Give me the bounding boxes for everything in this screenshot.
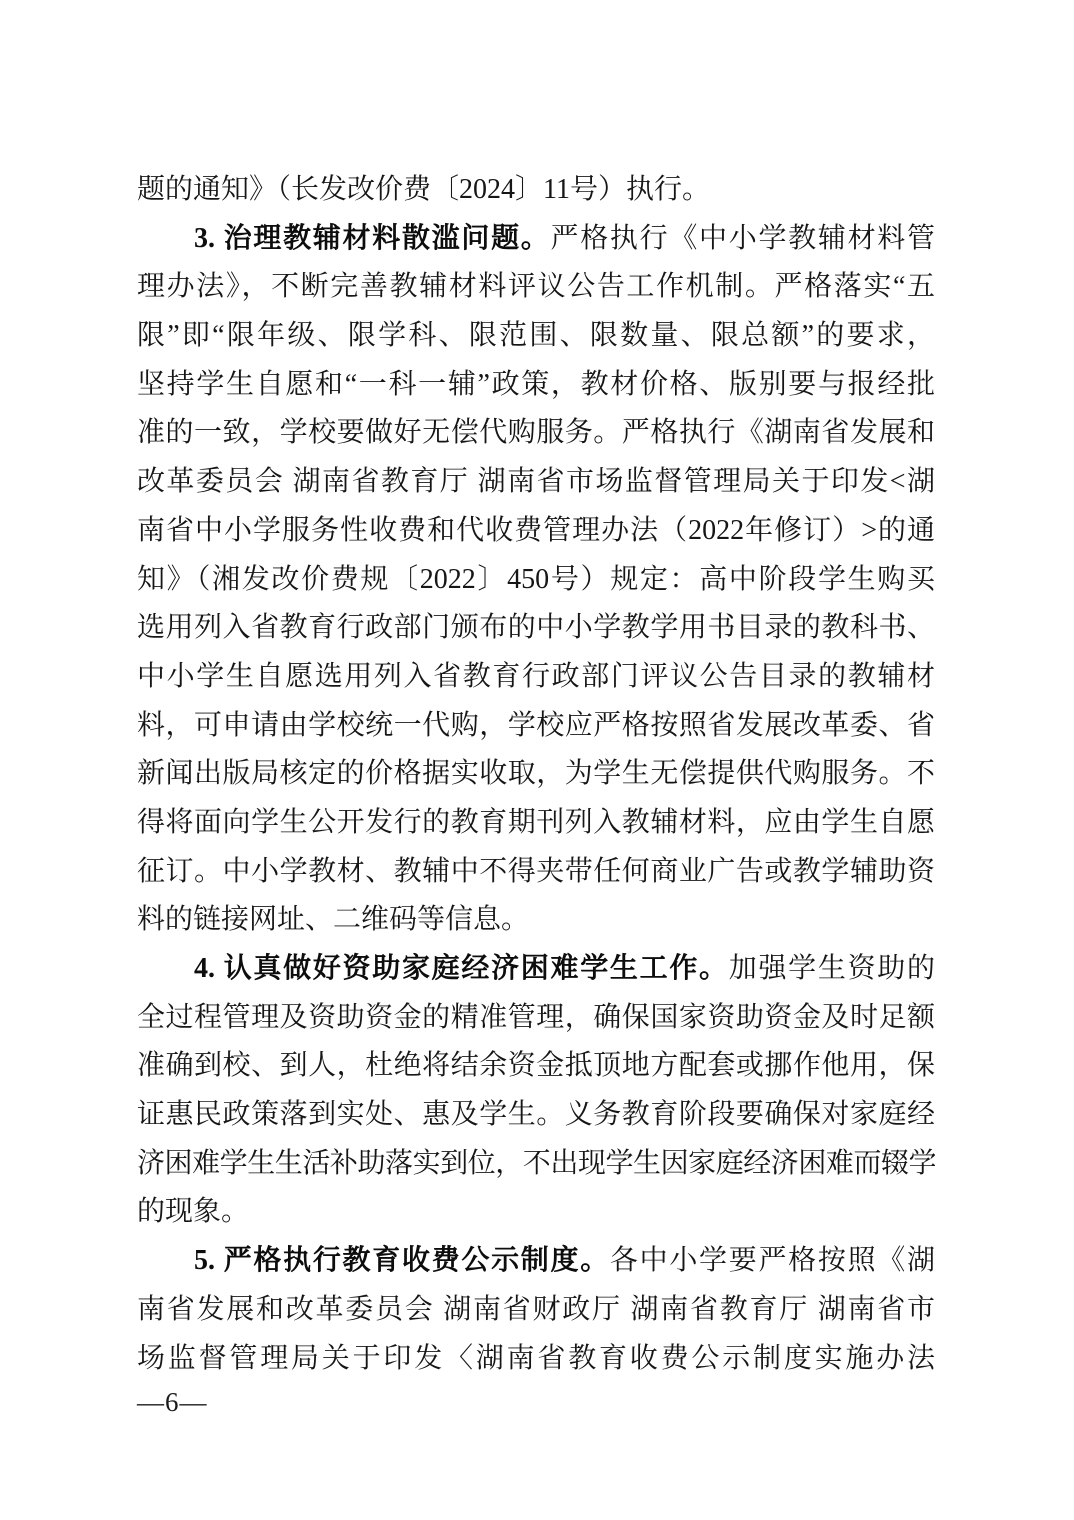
body-text: 证惠民政策落到实处、惠及学生。义务教育阶段要确保对家庭经: [137, 1099, 935, 1130]
body-text: 限”即“限年级、限学科、限范围、限数量、限总额”的要求，: [137, 320, 935, 351]
body-text: 加强学生资助的: [729, 953, 935, 984]
body-text: 新闻出版局核定的价格据实收取，为学生无偿提供代购服务。不: [137, 758, 935, 789]
body-text: 坚持学生自愿和“一科一辅”政策，教材价格、版别要与报经批: [137, 369, 935, 400]
body-text: 的现象。: [137, 1196, 249, 1227]
document-line: 南省发展和改革委员会 湖南省财政厅 湖南省教育厅 湖南省市: [137, 1286, 935, 1335]
body-text: 严格执行《中小学教辅材料管: [551, 223, 936, 254]
body-text: 知》（湘发改价费规〔2022〕450号）规定：高中阶段学生购买: [137, 564, 935, 595]
body-text: 料的链接网址、二维码等信息。: [137, 904, 529, 935]
document-line: 全过程管理及资助资金的精准管理，确保国家资助资金及时足额: [137, 994, 935, 1043]
body-text: 得将面向学生公开发行的教育期刊列入教辅材料，应由学生自愿: [137, 807, 935, 838]
page-number: —6—: [137, 1385, 208, 1419]
heading-text: 5. 严格执行教育收费公示制度。: [194, 1245, 610, 1276]
document-line: 新闻出版局核定的价格据实收取，为学生无偿提供代购服务。不: [137, 750, 935, 799]
document-line: 济困难学生生活补助落实到位，不出现学生因家庭经济困难而辍学: [137, 1140, 935, 1189]
body-text: 征订。中小学教材、教辅中不得夹带任何商业广告或教学辅助资: [137, 856, 935, 887]
document-line: 5. 严格执行教育收费公示制度。各中小学要严格按照《湖: [137, 1237, 935, 1286]
document-line: 南省中小学服务性收费和代收费管理办法（2022年修订）>的通: [137, 507, 935, 556]
document-line: 场监督管理局关于印发〈湖南省教育收费公示制度实施办法: [137, 1335, 935, 1384]
heading-text: 3. 治理教辅材料散滥问题。: [194, 223, 551, 254]
document-line: 4. 认真做好资助家庭经济困难学生工作。加强学生资助的: [137, 945, 935, 994]
body-text: 南省发展和改革委员会 湖南省财政厅 湖南省教育厅 湖南省市: [137, 1294, 935, 1325]
body-text: 中小学生自愿选用列入省教育行政部门评议公告目录的教辅材: [137, 661, 935, 692]
body-text: 料，可申请由学校统一代购，学校应严格按照省发展改革委、省: [137, 710, 935, 741]
body-text: 选用列入省教育行政部门颁布的中小学教学用书目录的教科书、: [137, 612, 935, 643]
document-line: 题的通知》（长发改价费〔2024〕11号）执行。: [137, 166, 935, 215]
document-line: 选用列入省教育行政部门颁布的中小学教学用书目录的教科书、: [137, 604, 935, 653]
document-line: 的现象。: [137, 1188, 935, 1237]
heading-text: 4. 认真做好资助家庭经济困难学生工作。: [194, 953, 729, 984]
document-line: 坚持学生自愿和“一科一辅”政策，教材价格、版别要与报经批: [137, 361, 935, 410]
document-page: 题的通知》（长发改价费〔2024〕11号）执行。3. 治理教辅材料散滥问题。严格…: [0, 0, 1074, 1520]
document-line: 3. 治理教辅材料散滥问题。严格执行《中小学教辅材料管: [137, 215, 935, 264]
document-line: 准的一致，学校要做好无偿代购服务。严格执行《湖南省发展和: [137, 409, 935, 458]
body-text: 场监督管理局关于印发〈湖南省教育收费公示制度实施办法: [137, 1343, 935, 1374]
document-line: 准确到校、到人，杜绝将结余资金抵顶地方配套或挪作他用，保: [137, 1042, 935, 1091]
body-text: 准确到校、到人，杜绝将结余资金抵顶地方配套或挪作他用，保: [137, 1050, 935, 1081]
document-line: 限”即“限年级、限学科、限范围、限数量、限总额”的要求，: [137, 312, 935, 361]
body-text: 济困难学生生活补助落实到位，不出现学生因家庭经济困难而辍学: [137, 1148, 935, 1179]
document-line: 证惠民政策落到实处、惠及学生。义务教育阶段要确保对家庭经: [137, 1091, 935, 1140]
document-line: 征订。中小学教材、教辅中不得夹带任何商业广告或教学辅助资: [137, 848, 935, 897]
body-text: 准的一致，学校要做好无偿代购服务。严格执行《湖南省发展和: [137, 417, 935, 448]
document-line: 知》（湘发改价费规〔2022〕450号）规定：高中阶段学生购买: [137, 556, 935, 605]
body-text: 改革委员会 湖南省教育厅 湖南省市场监督管理局关于印发<湖: [137, 466, 935, 497]
document-line: 料，可申请由学校统一代购，学校应严格按照省发展改革委、省: [137, 702, 935, 751]
body-text: 全过程管理及资助资金的精准管理，确保国家资助资金及时足额: [137, 1002, 935, 1033]
document-line: 得将面向学生公开发行的教育期刊列入教辅材料，应由学生自愿: [137, 799, 935, 848]
body-text: 南省中小学服务性收费和代收费管理办法（2022年修订）>的通: [137, 515, 935, 546]
document-line: 料的链接网址、二维码等信息。: [137, 896, 935, 945]
document-line: 理办法》，不断完善教辅材料评议公告工作机制。严格落实“五: [137, 263, 935, 312]
body-text: 题的通知》（长发改价费〔2024〕11号）执行。: [137, 174, 710, 205]
body-text: 理办法》，不断完善教辅材料评议公告工作机制。严格落实“五: [137, 271, 935, 302]
body-text: 各中小学要严格按照《湖: [610, 1245, 935, 1276]
document-line: 改革委员会 湖南省教育厅 湖南省市场监督管理局关于印发<湖: [137, 458, 935, 507]
document-line: 中小学生自愿选用列入省教育行政部门评议公告目录的教辅材: [137, 653, 935, 702]
document-text-block: 题的通知》（长发改价费〔2024〕11号）执行。3. 治理教辅材料散滥问题。严格…: [137, 166, 935, 1383]
